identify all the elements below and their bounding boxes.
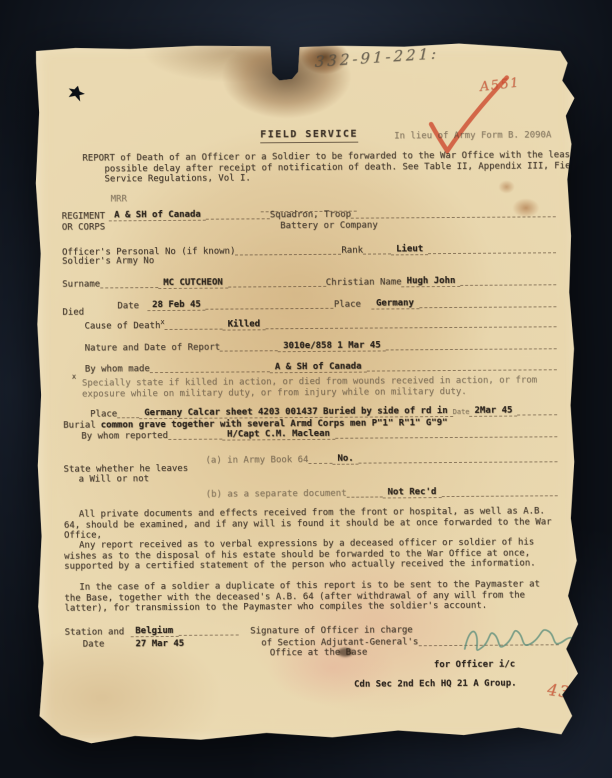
- battery-label: Battery or Company: [280, 220, 378, 231]
- will-state-label-2: a Will or not: [79, 474, 150, 485]
- document-paper: 332-91-221: A551 43 FIELD SERVICE In lie…: [32, 38, 585, 748]
- christian-name-label: Christian Name: [326, 277, 402, 288]
- will-book-value: No.: [332, 453, 358, 465]
- christian-name-value: Hugh John: [402, 275, 461, 287]
- unit-line: Cdn Sec 2nd Ech HQ 21 A Group.: [354, 679, 517, 691]
- will-book-field: (a) in Army Book 64 No.: [205, 451, 557, 465]
- death-place-value: Germany: [371, 298, 419, 310]
- signature-handwriting: [461, 616, 611, 662]
- made-by-field: By whom made A & SH of Canada: [85, 359, 557, 374]
- signature-caption-3: Office at the Base: [270, 648, 368, 659]
- signature-caption-2: of Section Adjutant-General's: [261, 637, 418, 649]
- form-reference: In lieu of Army Form B. 2090A: [394, 130, 551, 142]
- punch-hole: [67, 84, 87, 102]
- date-label: Date: [117, 301, 139, 312]
- cause-footnote-marker: x: [160, 317, 164, 325]
- footnote-text: Specially state if killed in action, or …: [82, 375, 560, 399]
- ink-blot: [338, 648, 353, 657]
- notes-paragraph: In the case of a soldier a duplicate of …: [64, 579, 560, 614]
- station-date-label: Date: [83, 639, 105, 650]
- rank-label: Rank: [341, 245, 363, 256]
- reported-by-field: By whom reported H/Capt C.M. Maclean: [81, 426, 557, 441]
- place-label: Place: [334, 299, 361, 310]
- or-corps-field: OR CORPS Battery or Company: [62, 217, 556, 232]
- report-instructions: REPORT of Death of an Officer or a Soldi…: [82, 150, 582, 185]
- cause-label: Cause of Death: [84, 321, 160, 332]
- will-book-label: (a) in Army Book 64: [205, 454, 308, 465]
- will-document-label: (b) as a separate document: [206, 488, 347, 499]
- will-document-value: Not Rec'd: [383, 487, 442, 499]
- made-by-value: A & SH of Canada: [270, 361, 367, 373]
- rank-value: Lieut: [391, 244, 428, 256]
- made-by-label: By whom made: [85, 364, 150, 375]
- station-date-value: 27 Mar 45: [130, 638, 189, 649]
- reported-by-label: By whom reported: [81, 430, 168, 441]
- died-section-label: Died: [62, 308, 84, 319]
- death-date-value: 28 Feb 45: [147, 299, 206, 311]
- reported-by-value: H/Capt C.M. Maclean: [222, 428, 335, 440]
- handwritten-file-number: 332-91-221:: [315, 48, 440, 67]
- will-document-field: (b) as a separate document Not Rec'd: [206, 485, 558, 499]
- red-page-number: 43: [546, 685, 571, 698]
- station-value: Belgium: [130, 625, 178, 637]
- photo-background: 332-91-221: A551 43 FIELD SERVICE In lie…: [0, 0, 612, 778]
- surname-field: Surname MC CUTCHEON Christian Name Hugh …: [62, 274, 556, 289]
- report-nature-value: 3010e/858 1 Mar 45: [278, 340, 386, 352]
- death-date-field: Date 28 Feb 45 Place Germany: [117, 296, 556, 311]
- notes-paragraph: All private documents and effects receiv…: [64, 506, 560, 541]
- surname-value: MC CUTCHEON: [158, 277, 228, 289]
- or-corps-label: OR CORPS: [62, 222, 105, 233]
- form-title: FIELD SERVICE: [260, 130, 358, 143]
- report-nature-label: Nature and Date of Report: [85, 342, 221, 353]
- report-nature-field: Nature and Date of Report 3010e/858 1 Ma…: [85, 338, 557, 353]
- notes-paragraph: Any report received as to verbal express…: [64, 537, 560, 572]
- station-label: Station and: [65, 627, 125, 638]
- army-no-label: Soldier's Army No: [62, 256, 154, 267]
- cause-of-death-field: Cause of Deathx Killed: [84, 316, 556, 331]
- surname-label: Surname: [62, 279, 100, 290]
- cause-value: Killed: [223, 319, 266, 331]
- stamp-mrr: MRR: [111, 194, 127, 205]
